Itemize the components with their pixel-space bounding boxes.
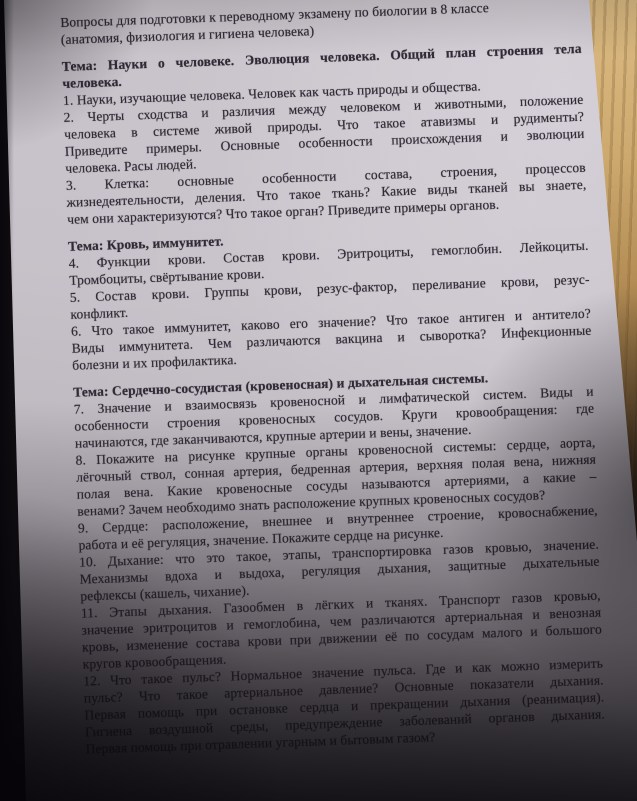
- section: Тема: Кровь, иммунитет.4. Функции крови.…: [68, 220, 592, 374]
- section: Тема: Науки о человеке. Эволюция человек…: [62, 40, 588, 228]
- section: Тема: Сердечно-сосудистая (кровеносная) …: [73, 366, 606, 758]
- question-paragraph: 12. Что такое пульс? Нормальное значение…: [83, 654, 606, 757]
- document-text: Вопросы для подготовки к переводному экз…: [60, 0, 606, 758]
- photo-scene: Вопросы для подготовки к переводному экз…: [0, 0, 637, 801]
